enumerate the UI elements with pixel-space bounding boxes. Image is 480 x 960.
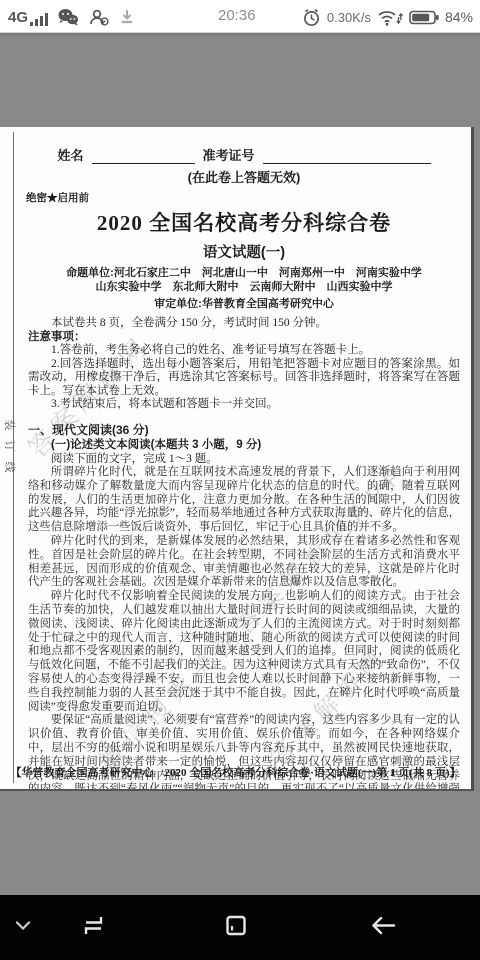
name-label: 姓名 (57, 145, 83, 164)
signal-strength-icon (30, 13, 48, 26)
clock-time: 20:36 (218, 7, 256, 24)
secrecy-label: 绝密★启用前 (26, 190, 460, 205)
contact-sync-icon (88, 8, 110, 26)
status-right-group: 0.30K/s 84% (302, 5, 473, 29)
alarm-icon (302, 8, 321, 27)
phone-screen: 4G 2 (0, 0, 480, 960)
subsection-title: (一)论述类文本阅读(本题共 3 小题，9 分) (28, 438, 460, 452)
paper-content: 姓名 准考证号 (在此卷上答题无效) 绝密★启用前 2020 全国名校高考分科综… (28, 137, 460, 791)
notice-title: 注意事项： (28, 330, 460, 344)
home-square-icon (222, 911, 250, 939)
download-icon (119, 8, 135, 26)
status-left-group: 4G (8, 5, 135, 29)
setter-schools-line1: 命题单位:河北石家庄二中 河北唐山一中 河南郑州一中 河南实验中学 (28, 266, 460, 280)
network-type-label: 4G (8, 9, 28, 26)
exam-paper-page[interactable]: 装订线 答案解析网 微信搜索关注答案解析网APP 答案解析网 姓名 准考证号 (… (0, 127, 474, 791)
setter-schools-line2: 山东实验中学 东北师大附中 云南师大附中 山西实验中学 (28, 280, 460, 294)
network-speed-label: 0.30K/s (327, 10, 371, 25)
back-arrow-icon (368, 912, 398, 938)
battery-percent-label: 84% (445, 9, 473, 25)
passage-paragraph: 所谓碎片化时代，就是在互联网技术高速发展的背景下，人们逐渐趋向于利用网络和移动媒… (28, 466, 460, 535)
reviewer-line: 审定单位:华普教育全国高考研究中心 (28, 295, 460, 311)
admission-number-label: 准考证号 (203, 145, 255, 164)
chevron-down-icon (12, 914, 34, 936)
recent-apps-icon (80, 912, 106, 938)
document-viewer-canvas[interactable]: 装订线 答案解析网 微信搜索关注答案解析网APP 答案解析网 姓名 准考证号 (… (0, 33, 480, 895)
wifi-icon (377, 8, 403, 27)
notice-item: 1.答卷前，考生务必将自己的姓名、准考证号填写在答题卡上。 (28, 344, 460, 358)
recent-apps-button[interactable] (80, 912, 106, 943)
name-blank-line (92, 150, 195, 164)
navigation-bar (0, 895, 480, 960)
candidate-info-row: 姓名 准考证号 (28, 145, 460, 164)
passage-paragraph: 碎片化时代的到来，是新媒体发展的必然结果，其形成存在着诸多必然性和客观性。首因是… (28, 535, 460, 590)
binding-line-label: 装订线 (2, 405, 18, 497)
exam-title: 2020 全国名校高考分科综合卷 (28, 207, 460, 237)
notice-item: 3.考试结束后，将本试题和答题卡一并交回。 (28, 398, 460, 412)
exam-info-line: 本试卷共 8 页，全卷满分 150 分，考试时间 150 分钟。 (28, 316, 460, 330)
section-title: 一、现代文阅读(36 分) (28, 423, 460, 438)
passage-paragraph: 碎片化时代不仅影响着全民阅读的发展方向，也影响人们的阅读方式。由于社会生活节奏的… (28, 590, 460, 714)
notice-item: 2.回答选择题时，选出每小题答案后，用铅笔把答题卡对应题目的答案涂黑。如需改动，… (28, 358, 460, 399)
battery-icon (409, 10, 439, 25)
reading-instruction: 阅读下面的文字，完成 1～3 题。 (28, 452, 460, 466)
invalid-answer-note: (在此卷上答题无效) (28, 167, 460, 186)
admission-blank-line (263, 150, 431, 164)
hide-navbar-button[interactable] (12, 914, 34, 941)
status-bar: 4G 2 (0, 0, 480, 33)
page-footer: 【华普教育全国高考研究中心 2020 全国名校高考分科综合卷·语文试题(一)第 … (0, 764, 471, 780)
wechat-icon (57, 8, 79, 26)
exam-subtitle: 语文试题(一) (28, 241, 460, 262)
home-button[interactable] (222, 911, 250, 944)
back-button[interactable] (368, 912, 398, 943)
